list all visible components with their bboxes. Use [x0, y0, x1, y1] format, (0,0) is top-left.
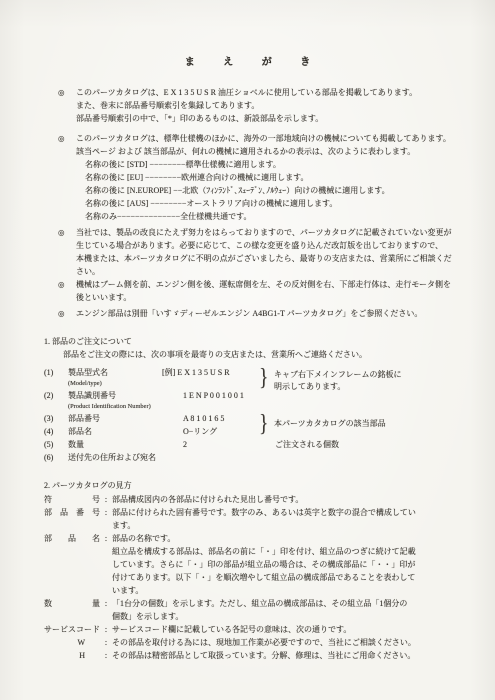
marking-rule-common: 名称のみ−−−−−−−−−−−−−−全仕様機共通です。 — [85, 210, 457, 223]
definition-row-part-number: 部品番号 : 部品に付けられた固有番号です。数字のみ、あるいは英字と数字の混合で… — [44, 506, 457, 532]
item-label-jp: 製品型式名 — [68, 368, 108, 377]
definition-term: 部品名 — [44, 532, 100, 545]
double-circle-bullet-icon: ◎ — [58, 86, 76, 99]
order-item-part-name: (4) 部品名 O−リング — [44, 425, 457, 438]
order-item-pin: (2) 製品識別番号 (Product Identification Numbe… — [44, 389, 457, 412]
text-line: その部品を取付ける為には、現地加工作業が必要ですので、当社にご相談ください。 — [112, 636, 457, 649]
text-line: 本機または、本パーツカタログに不明の点がございましたら、最寄りの支店または、営業… — [76, 252, 457, 265]
order-item-part-number: (3) 部品番号 A 8 1 0 1 6 5 — [44, 412, 457, 425]
definition-desc: 部品の名称です。 組立品を構成する部品は、部品名の前に「・」印を付け、組立品のつ… — [112, 532, 457, 597]
preface-bullet-2: ◎ このパーツカタログは、標準仕様機のほかに、海外の一部地域向けの機械についても… — [58, 132, 457, 223]
text-line: 個数」を示します。 — [112, 610, 457, 623]
item-label: 製品型式名 (Model/type) — [68, 366, 162, 389]
colon-separator: : — [100, 493, 112, 506]
section-1-heading: 1. 部品のご注文について — [44, 335, 457, 348]
double-circle-bullet-icon: ◎ — [58, 278, 76, 291]
text-line: 該当ページ および 該当部品が、何れの機械に適用されるかの表示は、次のように表わ… — [76, 145, 457, 158]
text-line: さい。 — [76, 265, 457, 278]
marking-rule-neurope: 名称の後に [N.EUROPE] −−北欧（ﾌｨﾝﾗﾝﾄﾞ､ｽｪｰﾃﾞﾝ､ﾉﾙｳ… — [85, 184, 457, 197]
text-line: 付けてあります。以下「・」を順次増やして組立品の構成部品であることを表わして — [112, 571, 457, 584]
definition-row-reference-number: 符号 : 部品構成図内の各部品に付けられた見出し番号です。 — [44, 493, 457, 506]
double-circle-bullet-icon: ◎ — [58, 307, 76, 320]
nameplate-note-line-2: 明示してあります。 — [274, 380, 345, 393]
text-line: また、巻末に部品番号順索引を集録してあります。 — [76, 99, 457, 112]
text-line: 「1台分の個数」を示します。ただし、組立品の構成部品は、その組立品「1個分の — [112, 597, 457, 610]
page-title: ま え が き — [0, 0, 495, 69]
item-label: 製品識別番号 (Product Identification Number) — [68, 389, 162, 412]
item-number: (4) — [44, 425, 68, 438]
definition-row-quantity: 数量 : 「1台分の個数」を示します。ただし、組立品の構成部品は、その組立品「1… — [44, 597, 457, 623]
double-circle-bullet-icon: ◎ — [58, 132, 76, 145]
service-code-h: H — [44, 649, 100, 662]
double-circle-bullet-icon: ◎ — [58, 226, 76, 239]
order-item-quantity: (5) 数量 2 ご注文される個数 — [44, 438, 457, 451]
item-label: 部品名 — [68, 425, 162, 438]
item-number: (1) — [44, 366, 68, 379]
item-label: 部品番号 — [68, 412, 162, 425]
item-label-jp: 数量 — [68, 440, 84, 449]
item-label-jp: 製品識別番号 — [68, 391, 116, 400]
order-item-list: (1) 製品型式名 (Model/type) [例] E X 1 3 5 U S… — [44, 366, 457, 464]
item-label-jp: 部品名 — [68, 427, 92, 436]
section-ordering: 1. 部品のご注文について 部品をご注文の際には、次の事項を最寄りの支店または、… — [44, 335, 457, 464]
text-line: 部品番号順索引の中で、「*」印のあるものは、新設部品を示します。 — [76, 112, 457, 125]
text-line: 部品に付けられた固有番号です。数字のみ、あるいは英字と数字の混合で構成してい — [112, 506, 457, 519]
text-line: このパーツカタログは、標準仕様機のほかに、海外の一部地域向けの機械についても掲載… — [76, 132, 457, 145]
item-value: 1 E N P 0 0 1 0 0 1 — [162, 389, 266, 402]
text-line: しています。さらに「・」印の部品が組立品の場合は、その構成部品に「・・」印が — [112, 558, 457, 571]
colon-separator: : — [100, 649, 112, 662]
brace-icon: } — [259, 366, 268, 390]
text-line: このパーツカタログは、E X 1 3 5 U S R 油圧ショベルに使用している… — [76, 86, 457, 99]
definition-desc: その部品を取付ける為には、現地加工作業が必要ですので、当社にご相談ください。 — [112, 636, 457, 649]
definition-desc: その部品は精密部品として取扱っています。分解、修理は、当社にご用命ください。 — [112, 649, 457, 662]
section-reading: 2. パーツカタログの見方 符号 : 部品構成図内の各部品に付けられた見出し番号… — [44, 479, 457, 662]
definition-desc: サービスコード欄に記載している各記号の意味は、次の通りです。 — [112, 623, 457, 636]
text-line: 組立品を構成する部品は、部品名の前に「・」印を付け、組立品のつぎに続けて記載 — [112, 545, 457, 558]
item-label: 送付先の住所および宛名 — [68, 451, 162, 464]
colon-separator: : — [100, 623, 112, 636]
item-number: (2) — [44, 389, 68, 402]
definition-term: 符号 — [44, 493, 100, 506]
colon-separator: : — [100, 532, 112, 545]
section-2-heading: 2. パーツカタログの見方 — [44, 479, 457, 492]
item-number: (6) — [44, 451, 68, 464]
preface-bullet-1: ◎ このパーツカタログは、E X 1 3 5 U S R 油圧ショベルに使用して… — [58, 86, 457, 125]
item-label-jp: 送付先の住所および宛名 — [68, 453, 156, 462]
item-value: [例] E X 1 3 5 U S R — [162, 366, 266, 379]
text-line: 当社では、製品の改良にたえず努力をはらっておりますので、パーツカタログに記載され… — [76, 226, 457, 239]
quantity-note: ご注文される個数 — [266, 438, 457, 451]
item-value: O−リング — [162, 425, 266, 438]
item-label-en: (Model/type) — [68, 379, 162, 389]
preface-bullet-3: ◎ 当社では、製品の改良にたえず努力をはらっておりますので、パーツカタログに記載… — [58, 226, 457, 278]
bullet-text: 機械はブーム側を前、エンジン側を後、運転席側を左、その反対側を右、下部走行体は、… — [76, 278, 457, 304]
order-item-address: (6) 送付先の住所および宛名 — [44, 451, 457, 464]
item-label-jp: 部品番号 — [68, 414, 100, 423]
preface-bullet-5: ◎ エンジン部品は別冊「いすゞディーゼルエンジン A4BG1-T パーツカタログ… — [58, 307, 457, 320]
text-line: 機械はブーム側を前、エンジン側を後、運転席側を左、その反対側を右、下部走行体は、… — [76, 278, 457, 291]
text-line: 生じている場合があります。必要に応じて、この様な変更を盛り込んだ改訂版を出してお… — [76, 239, 457, 252]
section-1-intro: 部品をご注文の際には、次の事項を最寄りの支店または、営業所へご連絡ください。 — [63, 348, 457, 361]
bullet-text: このパーツカタログは、標準仕様機のほかに、海外の一部地域向けの機械についても掲載… — [76, 132, 457, 223]
definition-row-code-h: H : その部品は精密部品として取扱っています。分解、修理は、当社にご用命くださ… — [44, 649, 457, 662]
bullet-text: 当社では、製品の改良にたえず努力をはらっておりますので、パーツカタログに記載され… — [76, 226, 457, 278]
document-content: ◎ このパーツカタログは、E X 1 3 5 U S R 油圧ショベルに使用して… — [0, 86, 495, 662]
marking-rule-std: 名称の後に [STD] −−−−−−−−標準仕様機に適用します。 — [85, 158, 457, 171]
definition-list: 符号 : 部品構成図内の各部品に付けられた見出し番号です。 部品番号 : 部品に… — [44, 493, 457, 662]
item-value: 2 — [162, 438, 266, 451]
definition-term: 数量 — [44, 597, 100, 610]
text-line: 後といいます。 — [76, 291, 457, 304]
text-line: エンジン部品は別冊「いすゞディーゼルエンジン A4BG1-T パーツカタログ」を… — [76, 307, 457, 320]
definition-row-part-name: 部品名 : 部品の名称です。 組立品を構成する部品は、部品名の前に「・」印を付け… — [44, 532, 457, 597]
text-line: ます。 — [112, 519, 457, 532]
definition-desc: 部品に付けられた固有番号です。数字のみ、あるいは英字と数字の混合で構成してい ま… — [112, 506, 457, 532]
text-line: その部品は精密部品として取扱っています。分解、修理は、当社にご用命ください。 — [112, 649, 457, 662]
text-line: 部品構成図内の各部品に付けられた見出し番号です。 — [112, 493, 457, 506]
colon-separator: : — [100, 636, 112, 649]
item-value: A 8 1 0 1 6 5 — [162, 412, 266, 425]
definition-row-service-code: サービスコード : サービスコード欄に記載している各記号の意味は、次の通りです。 — [44, 623, 457, 636]
colon-separator: : — [100, 506, 112, 519]
catalog-part-note: 本パーツカタカログの該当部品 — [274, 417, 386, 430]
item-number: (5) — [44, 438, 68, 451]
text-line: サービスコード欄に記載している各記号の意味は、次の通りです。 — [112, 623, 457, 636]
marking-rule-eu: 名称の後に [EU] −−−−−−−−欧州連合向けの機械に適用します。 — [85, 171, 457, 184]
bullet-text: エンジン部品は別冊「いすゞディーゼルエンジン A4BG1-T パーツカタログ」を… — [76, 307, 457, 320]
service-code-w: W — [44, 636, 100, 649]
definition-desc: 「1台分の個数」を示します。ただし、組立品の構成部品は、その組立品「1個分の 個… — [112, 597, 457, 623]
scanned-document-page: ま え が き ◎ このパーツカタログは、E X 1 3 5 U S R 油圧シ… — [0, 0, 495, 700]
item-label-en: (Product Identification Number) — [68, 402, 162, 412]
preface-bullet-4: ◎ 機械はブーム側を前、エンジン側を後、運転席側を左、その反対側を右、下部走行体… — [58, 278, 457, 304]
text-line: 部品の名称です。 — [112, 532, 457, 545]
marking-rule-aus: 名称の後に [AUS] −−−−−−−−オーストラリア向けの機械に適用します。 — [85, 197, 457, 210]
colon-separator: : — [100, 597, 112, 610]
definition-term: 部品番号 — [44, 506, 100, 519]
text-line: います。 — [112, 584, 457, 597]
brace-icon: } — [259, 412, 268, 436]
definition-desc: 部品構成図内の各部品に付けられた見出し番号です。 — [112, 493, 457, 506]
item-label: 数量 — [68, 438, 162, 451]
bullet-text: このパーツカタログは、E X 1 3 5 U S R 油圧ショベルに使用している… — [76, 86, 457, 125]
definition-term: サービスコード — [44, 623, 100, 636]
definition-row-code-w: W : その部品を取付ける為には、現地加工作業が必要ですので、当社にご相談くださ… — [44, 636, 457, 649]
item-number: (3) — [44, 412, 68, 425]
